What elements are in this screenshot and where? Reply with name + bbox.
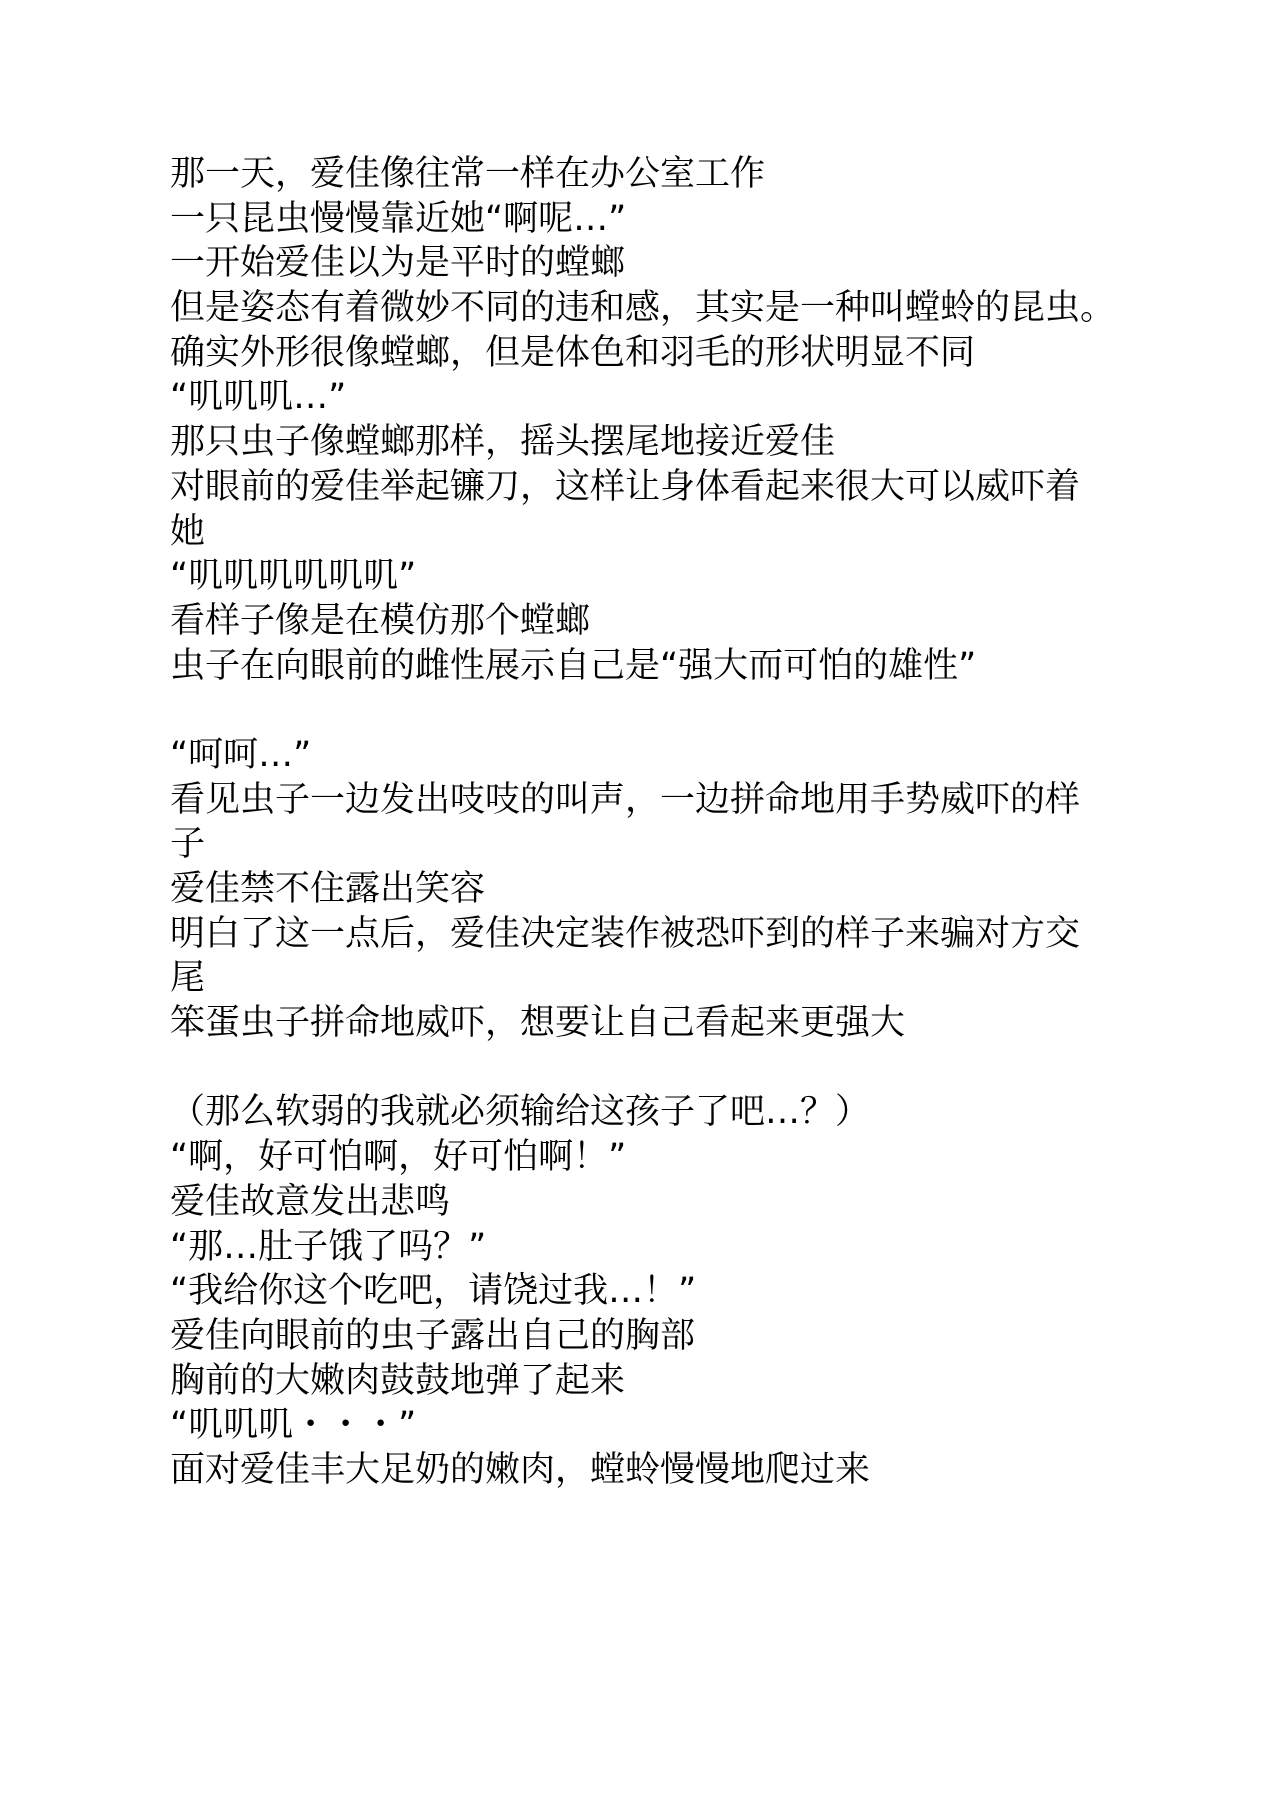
text-line: 看样子像是在模仿那个螳螂 [170, 599, 1170, 644]
text-line: 明白了这一点后，爱佳决定装作被恐吓到的样子来骗对方交 [170, 912, 1170, 957]
blank-line [170, 1046, 1170, 1091]
text-line: 虫子在向眼前的雌性展示自己是“强大而可怕的雄性” [170, 644, 1170, 689]
text-line: 她 [170, 510, 1170, 555]
text-line: 一开始爱佳以为是平时的螳螂 [170, 241, 1170, 286]
text-line: “呵呵…” [170, 733, 1170, 778]
text-line: “叽叽叽・・・” [170, 1403, 1170, 1448]
text-line: 对眼前的爱佳举起镰刀，这样让身体看起来很大可以威吓着 [170, 465, 1170, 510]
text-line: 确实外形很像螳螂，但是体色和羽毛的形状明显不同 [170, 331, 1170, 376]
text-line: 面对爱佳丰大足奶的嫩肉，螳蛉慢慢地爬过来 [170, 1448, 1170, 1493]
text-line: 爱佳禁不住露出笑容 [170, 867, 1170, 912]
text-line: 笨蛋虫子拼命地威吓，想要让自己看起来更强大 [170, 1001, 1170, 1046]
text-line: 那一天，爱佳像往常一样在办公室工作 [170, 152, 1170, 197]
text-line: 爱佳故意发出悲鸣 [170, 1180, 1170, 1225]
text-line: 胸前的大嫩肉鼓鼓地弹了起来 [170, 1359, 1170, 1404]
text-line: 子 [170, 822, 1170, 867]
text-line: 看见虫子一边发出吱吱的叫声，一边拼命地用手势威吓的样 [170, 778, 1170, 823]
text-line: 一只昆虫慢慢靠近她“啊呢…” [170, 197, 1170, 242]
text-line: 尾 [170, 956, 1170, 1001]
text-line: 但是姿态有着微妙不同的违和感，其实是一种叫螳蛉的昆虫。 [170, 286, 1170, 331]
blank-line [170, 688, 1170, 733]
text-line: “我给你这个吃吧，请饶过我…！” [170, 1269, 1170, 1314]
document-page: 那一天，爱佳像往常一样在办公室工作 一只昆虫慢慢靠近她“啊呢…” 一开始爱佳以为… [0, 0, 1280, 1810]
text-line: “啊，好可怕啊，好可怕啊！” [170, 1135, 1170, 1180]
text-line: “叽叽叽叽叽叽” [170, 554, 1170, 599]
text-line: 爱佳向眼前的虫子露出自己的胸部 [170, 1314, 1170, 1359]
story-text: 那一天，爱佳像往常一样在办公室工作 一只昆虫慢慢靠近她“啊呢…” 一开始爱佳以为… [170, 152, 1170, 1493]
text-line: 那只虫子像螳螂那样，摇头摆尾地接近爱佳 [170, 420, 1170, 465]
text-line: （那么软弱的我就必须输给这孩子了吧…？） [170, 1090, 1170, 1135]
text-line: “那…肚子饿了吗？” [170, 1225, 1170, 1270]
text-line: “叽叽叽…” [170, 375, 1170, 420]
